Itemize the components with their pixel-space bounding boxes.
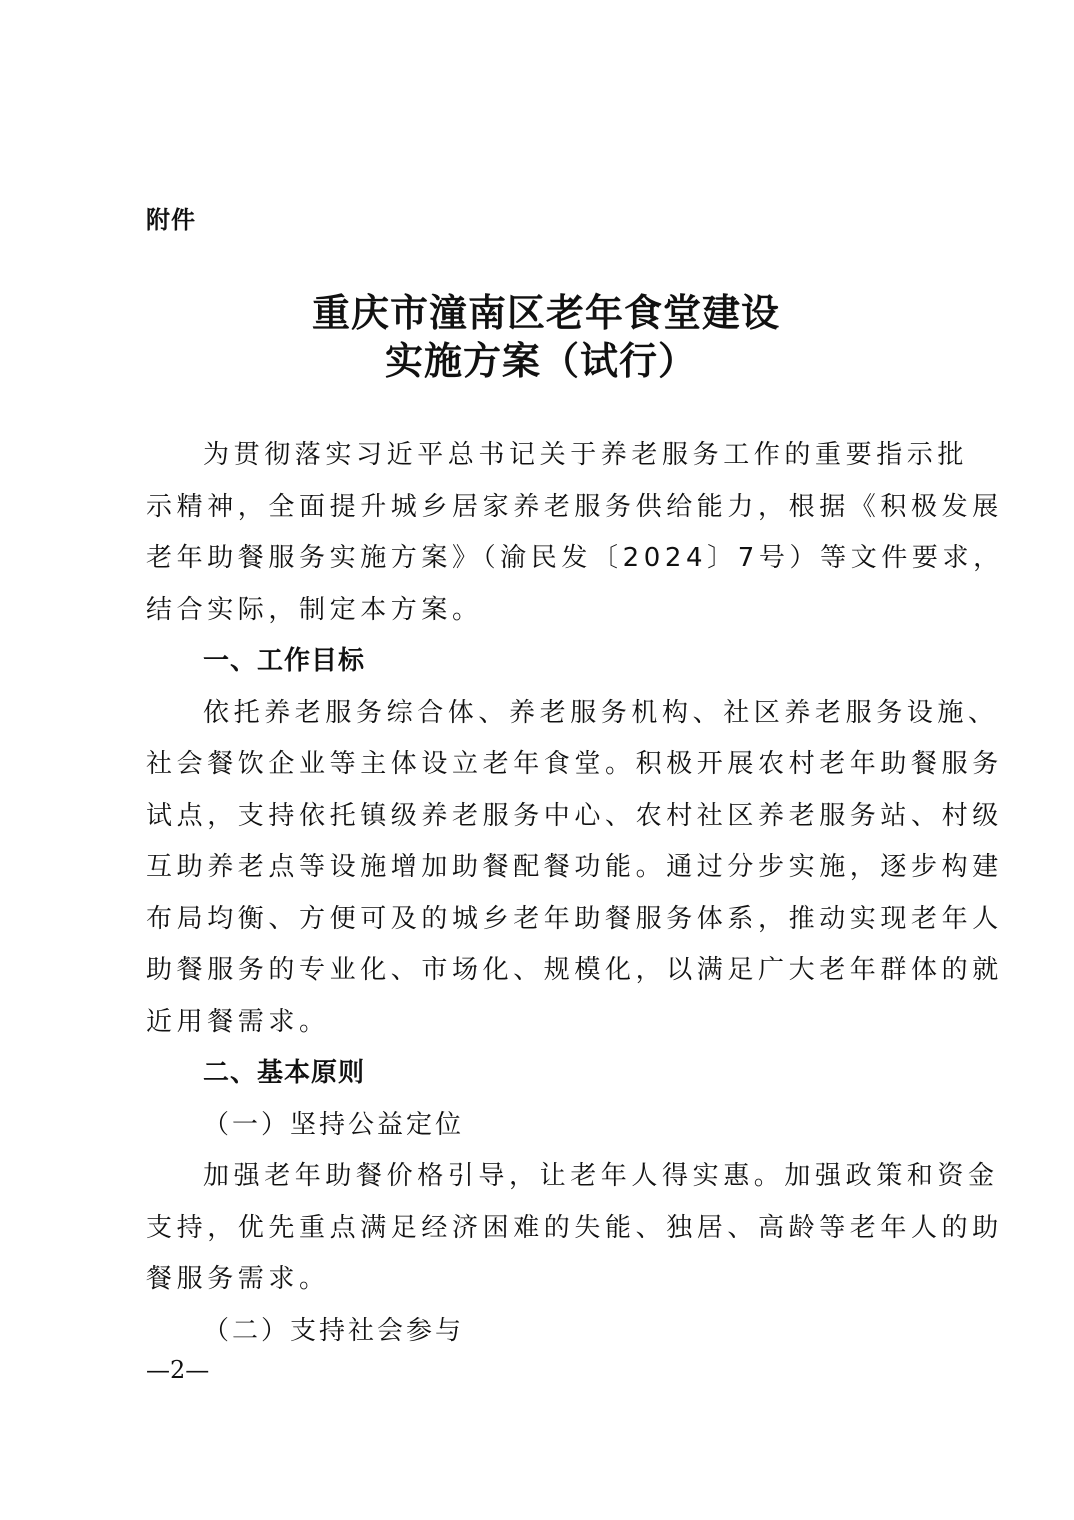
paragraph-line: 为贯彻落实习近平总书记关于养老服务工作的重要指示批 xyxy=(146,430,946,482)
paragraph-line: 支持，优先重点满足经济困难的失能、独居、高龄等老年人的助 xyxy=(146,1203,946,1255)
document-title-line1: 重庆市潼南区老年食堂建设 xyxy=(0,282,1074,337)
paragraph-line: 餐服务需求。 xyxy=(146,1254,946,1306)
paragraph-line: 互助养老点等设施增加助餐配餐功能。通过分步实施，逐步构建 xyxy=(146,842,946,894)
subsection-heading-2: （二）支持社会参与 xyxy=(146,1306,946,1358)
page-number: —2— xyxy=(146,1356,209,1384)
paragraph-line: 示精神，全面提升城乡居家养老服务供给能力，根据《积极发展 xyxy=(146,482,946,534)
paragraph-line: 试点，支持依托镇级养老服务中心、农村社区养老服务站、村级 xyxy=(146,791,946,843)
attachment-label: 附件 xyxy=(146,200,196,235)
paragraph-line: 结合实际，制定本方案。 xyxy=(146,585,946,637)
paragraph-line: 老年助餐服务实施方案》（渝民发〔2024〕7号）等文件要求， xyxy=(146,533,946,585)
paragraph-line: 布局均衡、方便可及的城乡老年助餐服务体系，推动实现老年人 xyxy=(146,894,946,946)
document-title-line2: 实施方案（试行） xyxy=(0,330,1074,385)
section-heading-2: 二、基本原则 xyxy=(146,1048,946,1100)
document-page: 附件 重庆市潼南区老年食堂建设 实施方案（试行） 为贯彻落实习近平总书记关于养老… xyxy=(0,0,1074,1520)
paragraph-line: 加强老年助餐价格引导，让老年人得实惠。加强政策和资金 xyxy=(146,1151,946,1203)
paragraph-line: 社会餐饮企业等主体设立老年食堂。积极开展农村老年助餐服务 xyxy=(146,739,946,791)
paragraph-line: 助餐服务的专业化、市场化、规模化，以满足广大老年群体的就 xyxy=(146,945,946,997)
paragraph-line: 依托养老服务综合体、养老服务机构、社区养老服务设施、 xyxy=(146,688,946,740)
document-body: 为贯彻落实习近平总书记关于养老服务工作的重要指示批 示精神，全面提升城乡居家养老… xyxy=(146,430,946,1357)
section-heading-1: 一、工作目标 xyxy=(146,636,946,688)
paragraph-line: 近用餐需求。 xyxy=(146,997,946,1049)
subsection-heading-1: （一）坚持公益定位 xyxy=(146,1100,946,1152)
